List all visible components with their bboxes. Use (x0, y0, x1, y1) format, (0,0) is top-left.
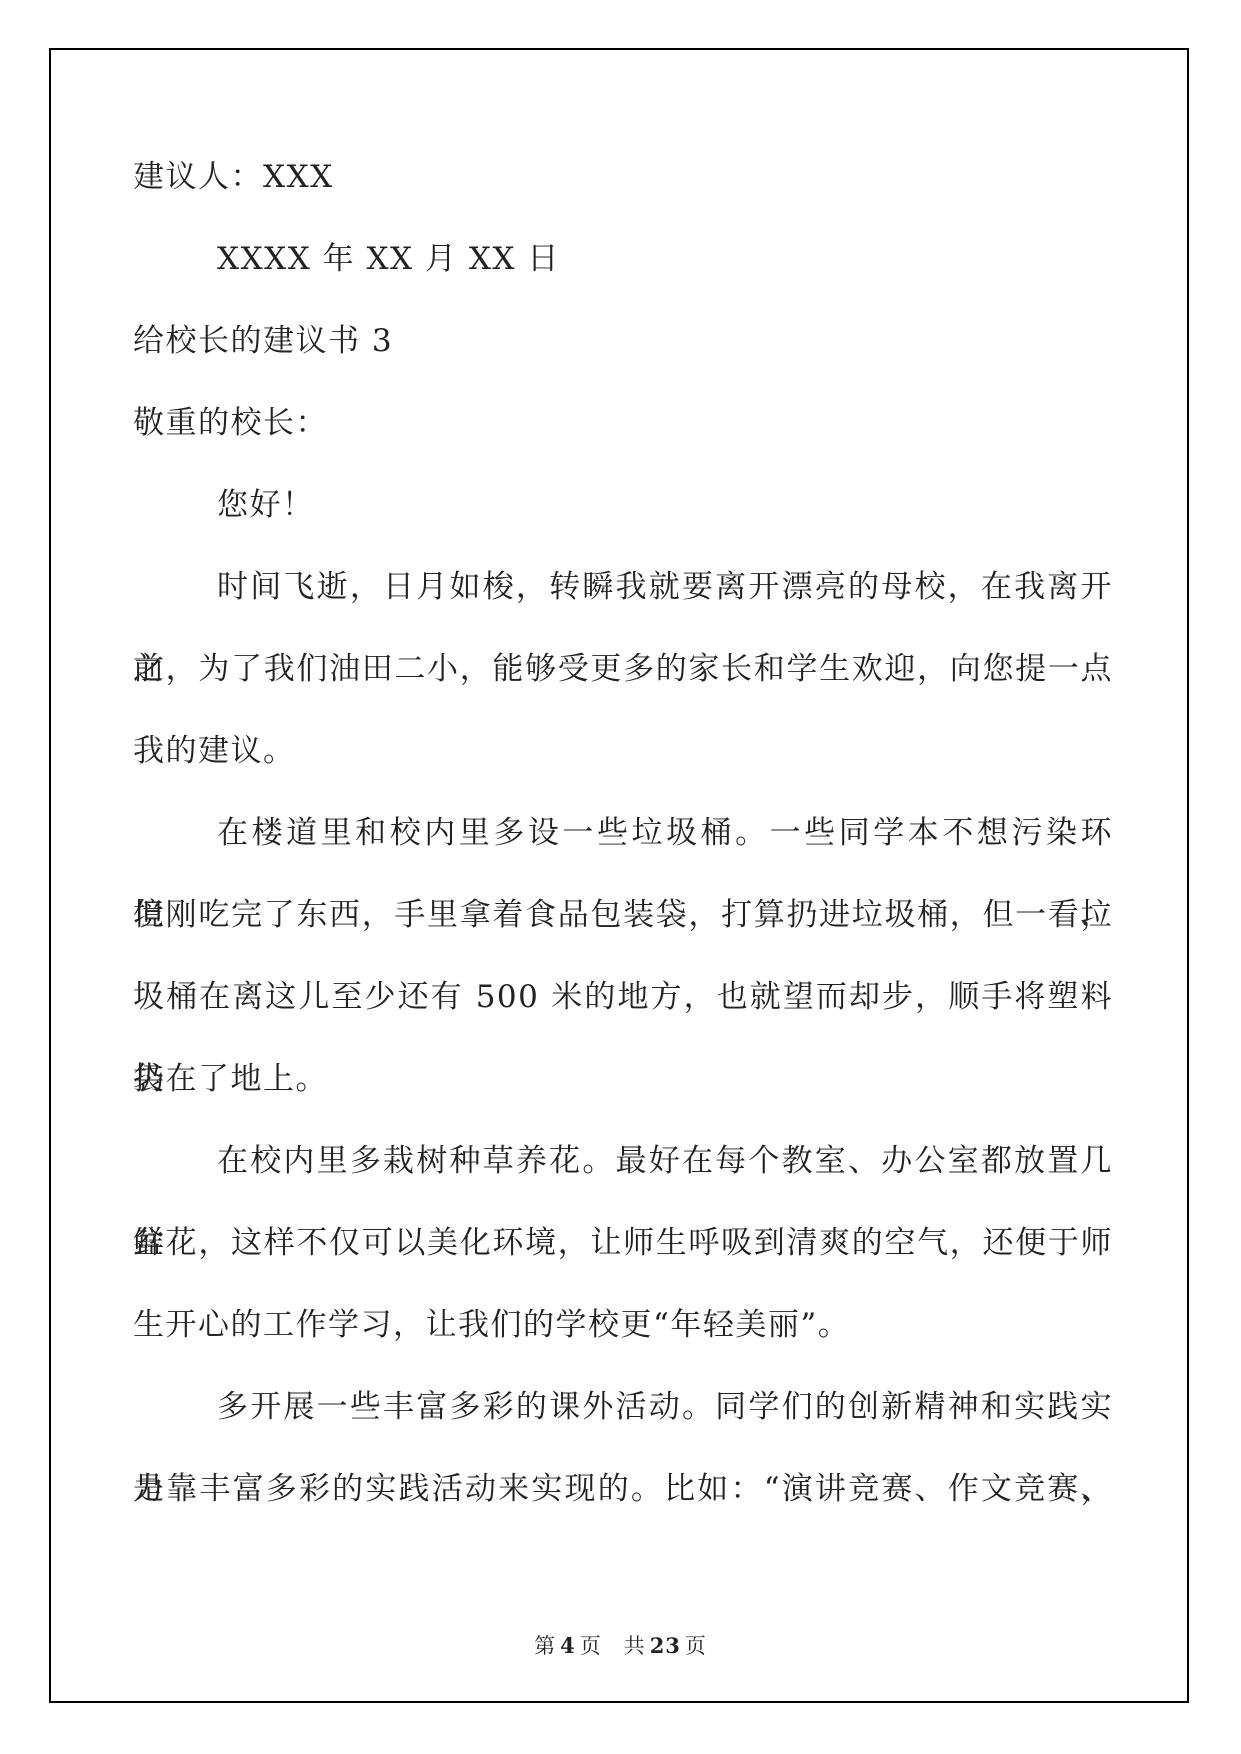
document-line-salutation: 敬重的校长： (133, 382, 1113, 464)
footer-page-unit: 页 (580, 1634, 602, 1658)
footer-total-pages: 23 (646, 1633, 685, 1658)
document-line: 在楼道里和校内里多设一些垃圾桶。一些同学本不想污染环境， (133, 792, 1113, 874)
document-line-greeting: 您好！ (133, 464, 1113, 546)
document-line: 时间飞逝，日月如梭，转瞬我就要离开漂亮的母校，在我离开之 (133, 546, 1113, 628)
document-line: 前，为了我们油田二小，能够受更多的家长和学生欢迎，向您提一点 (133, 628, 1113, 710)
footer-page-prefix: 第 (534, 1634, 556, 1658)
footer-page-number: 4 (556, 1633, 580, 1658)
document-line: 扔在了地上。 (133, 1038, 1113, 1120)
document-line: 多开展一些丰富多彩的课外活动。同学们的创新精神和实践实力， (133, 1366, 1113, 1448)
document-line: 鲜花，这样不仅可以美化环境，让师生呼吸到清爽的空气，还便于师 (133, 1202, 1113, 1284)
page-footer: 第4页共23页 (0, 1630, 1241, 1660)
document-body: 建议人：XXX XXXX 年 XX 月 XX 日 给校长的建议书 3 敬重的校长… (133, 136, 1113, 1530)
document-line: 生开心的工作学习，让我们的学校更“年轻美丽”。 (133, 1284, 1113, 1366)
document-line-signer: 建议人：XXX (133, 136, 1113, 218)
footer-total-unit: 页 (685, 1634, 707, 1658)
document-line: 在校内里多栽树种草养花。最好在每个教室、办公室都放置几盆 (133, 1120, 1113, 1202)
footer-total-prefix: 共 (624, 1634, 646, 1658)
document-line: 圾桶在离这儿至少还有 500 米的地方，也就望而却步，顺手将塑料袋 (133, 956, 1113, 1038)
document-line: 我的建议。 (133, 710, 1113, 792)
document-line: 是靠丰富多彩的实践活动来实现的。比如：“演讲竞赛、作文竞赛、 (133, 1448, 1113, 1530)
document-line-title: 给校长的建议书 3 (133, 300, 1113, 382)
document-line-date: XXXX 年 XX 月 XX 日 (133, 218, 1113, 300)
document-line: 但刚吃完了东西，手里拿着食品包装袋，打算扔进垃圾桶，但一看垃 (133, 874, 1113, 956)
